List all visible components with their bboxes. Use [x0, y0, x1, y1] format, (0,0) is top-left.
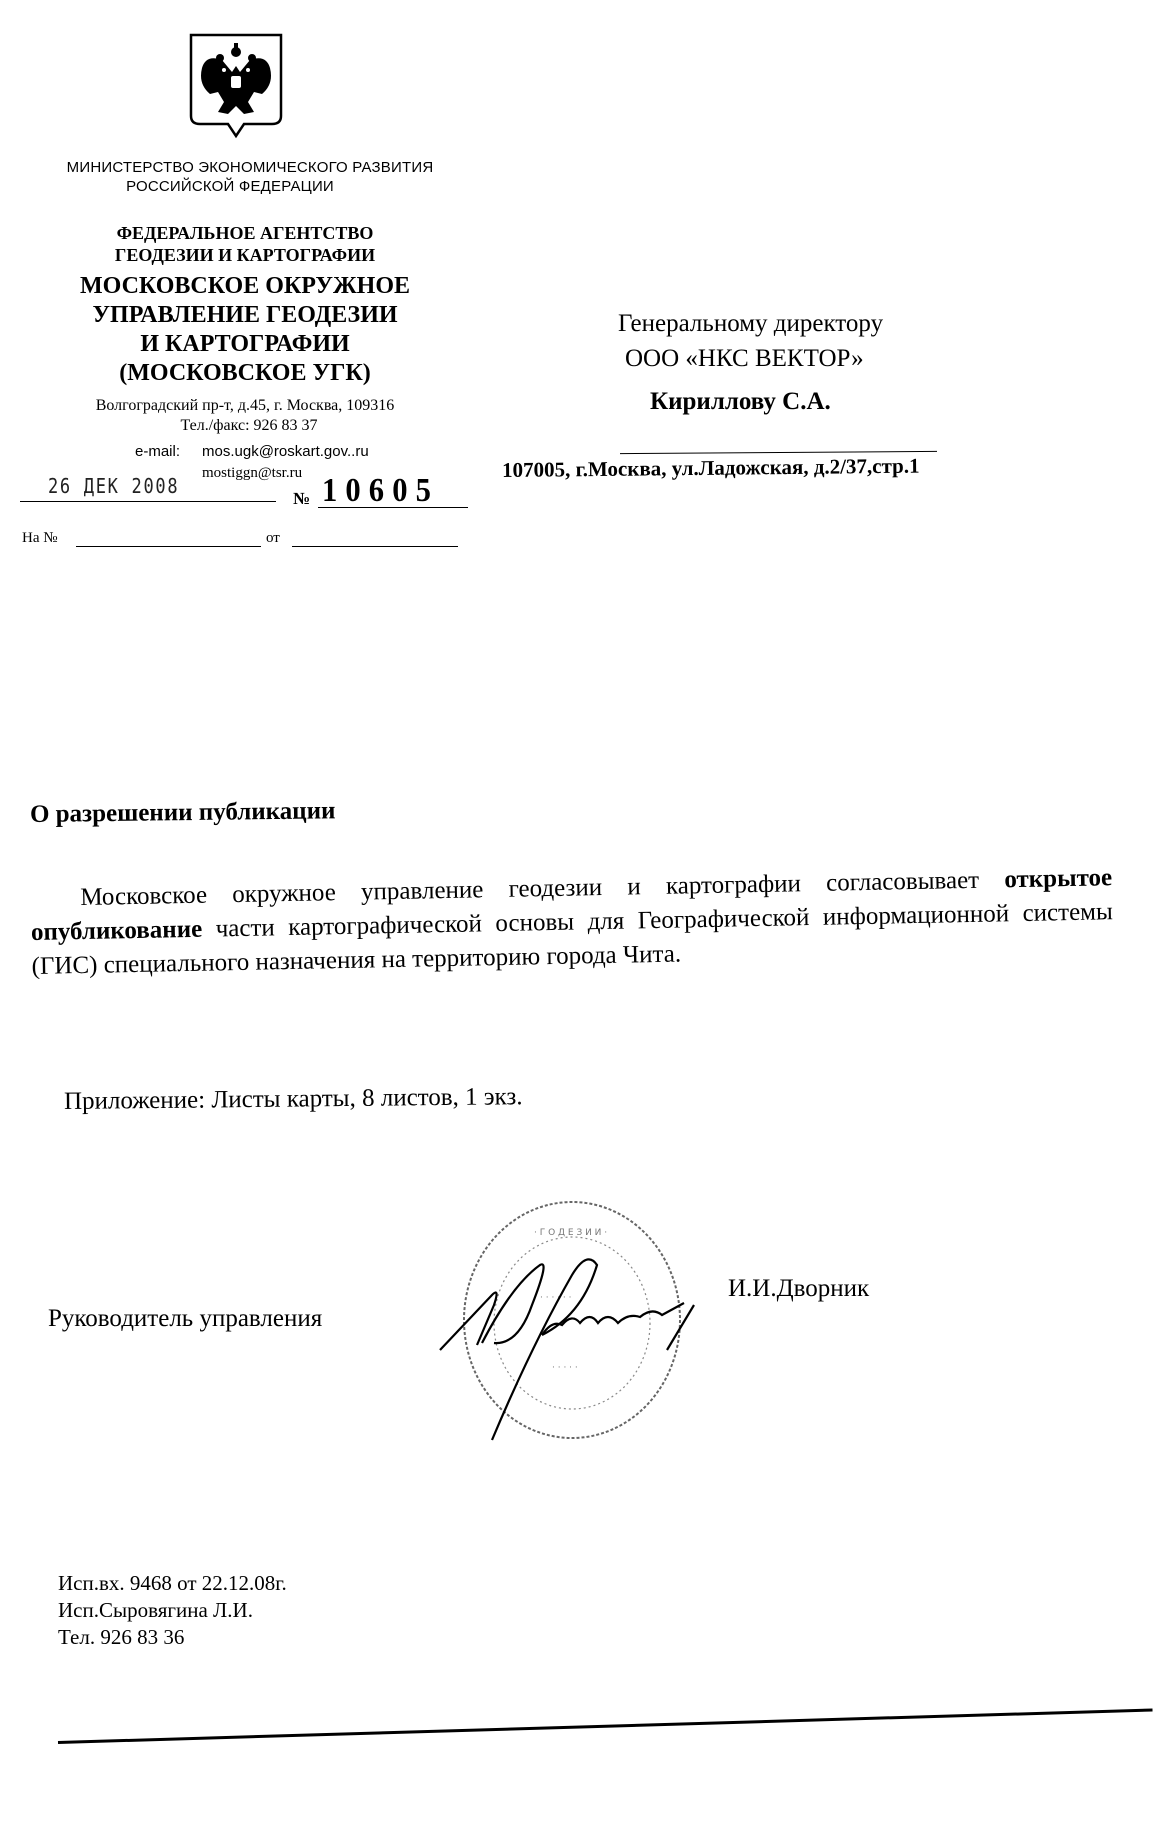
office-contacts: Волгоградский пр-т, д.45, г. Москва, 109… — [0, 396, 490, 436]
svg-text:· Г О Д Е З И И ·: · Г О Д Е З И И · — [534, 1228, 607, 1238]
svg-text:· · · · · ·: · · · · · · — [540, 1293, 571, 1303]
office-name: МОСКОВСКОЕ ОКРУЖНОЕ УПРАВЛЕНИЕ ГЕОДЕЗИИ … — [0, 272, 490, 388]
reference-number-blank — [76, 546, 261, 547]
ministry-line-1: МИНИСТЕРСТВО ЭКОНОМИЧЕСКОГО РАЗВИТИЯ — [0, 158, 490, 177]
addressee-name: Кириллову С.А. — [650, 385, 831, 418]
email-label: e-mail: — [135, 442, 180, 461]
attachment-note: Приложение: Листы карты, 8 листов, 1 экз… — [64, 1083, 523, 1116]
reference-number-label: На № — [22, 530, 58, 547]
official-round-seal-icon: · Г О Д Е З И И · · · · · · · · · · · · — [422, 1195, 712, 1445]
office-line-3: И КАРТОГРАФИИ — [0, 330, 490, 359]
letter-subject: О разрешении публикации — [30, 797, 336, 829]
ministry-line-2: РОССИЙСКОЙ ФЕДЕРАЦИИ — [0, 177, 490, 196]
handwritten-signature-icon — [440, 1259, 694, 1440]
body-paragraph: Московское окружное управление геодезии … — [30, 861, 1114, 984]
addressee-position: Генеральному директору — [618, 307, 883, 340]
agency-line-1: ФЕДЕРАЛЬНОЕ АГЕНТСТВО — [0, 222, 490, 244]
svg-text:· · · · ·: · · · · · — [552, 1363, 578, 1373]
executor-phone: Тел. 926 83 36 — [58, 1624, 184, 1650]
number-underline — [318, 507, 468, 508]
office-line-1: МОСКОВСКОЕ ОКРУЖНОЕ — [0, 272, 490, 301]
signatory-title: Руководитель управления — [48, 1305, 322, 1333]
russian-coat-of-arms-icon — [188, 32, 284, 140]
registration-number: 10605 — [322, 472, 439, 510]
bottom-divider — [58, 1709, 1153, 1744]
reference-date-blank — [292, 546, 458, 547]
office-line-4: (МОСКОВСКОЕ УГК) — [0, 359, 490, 388]
addressee-address: 107005, г.Москва, ул.Ладожская, д.2/37,с… — [502, 454, 920, 483]
signatory-name: И.И.Дворник — [728, 1275, 869, 1303]
letter-body: Московское окружное управление геодезии … — [30, 861, 1114, 984]
ministry-name: МИНИСТЕРСТВО ЭКОНОМИЧЕСКОГО РАЗВИТИЯ РОС… — [0, 158, 490, 196]
email-primary[interactable]: mos.ugk@roskart.gov..ru — [202, 442, 369, 461]
executor-name: Исп.Сыровягина Л.И. — [58, 1597, 253, 1623]
addressee-company: ООО «НКС ВЕКТОР» — [625, 342, 864, 375]
incoming-reference: Исп.вх. 9468 от 22.12.08г. — [58, 1570, 287, 1596]
number-sign: № — [293, 489, 310, 509]
email-secondary[interactable]: mostiggn@tsr.ru — [202, 464, 302, 483]
reference-date-label: от — [266, 530, 280, 547]
agency-line-2: ГЕОДЕЗИИ И КАРТОГРАФИИ — [0, 244, 490, 266]
office-phone: Тел./факс: 926 83 37 — [0, 416, 490, 436]
agency-name: ФЕДЕРАЛЬНОЕ АГЕНТСТВО ГЕОДЕЗИИ И КАРТОГР… — [0, 222, 490, 266]
registration-date-stamp: 26 ДЕК 2008 — [48, 474, 179, 498]
office-line-2: УПРАВЛЕНИЕ ГЕОДЕЗИИ — [0, 301, 490, 330]
date-underline — [20, 501, 276, 502]
office-address: Волгоградский пр-т, д.45, г. Москва, 109… — [0, 396, 490, 416]
